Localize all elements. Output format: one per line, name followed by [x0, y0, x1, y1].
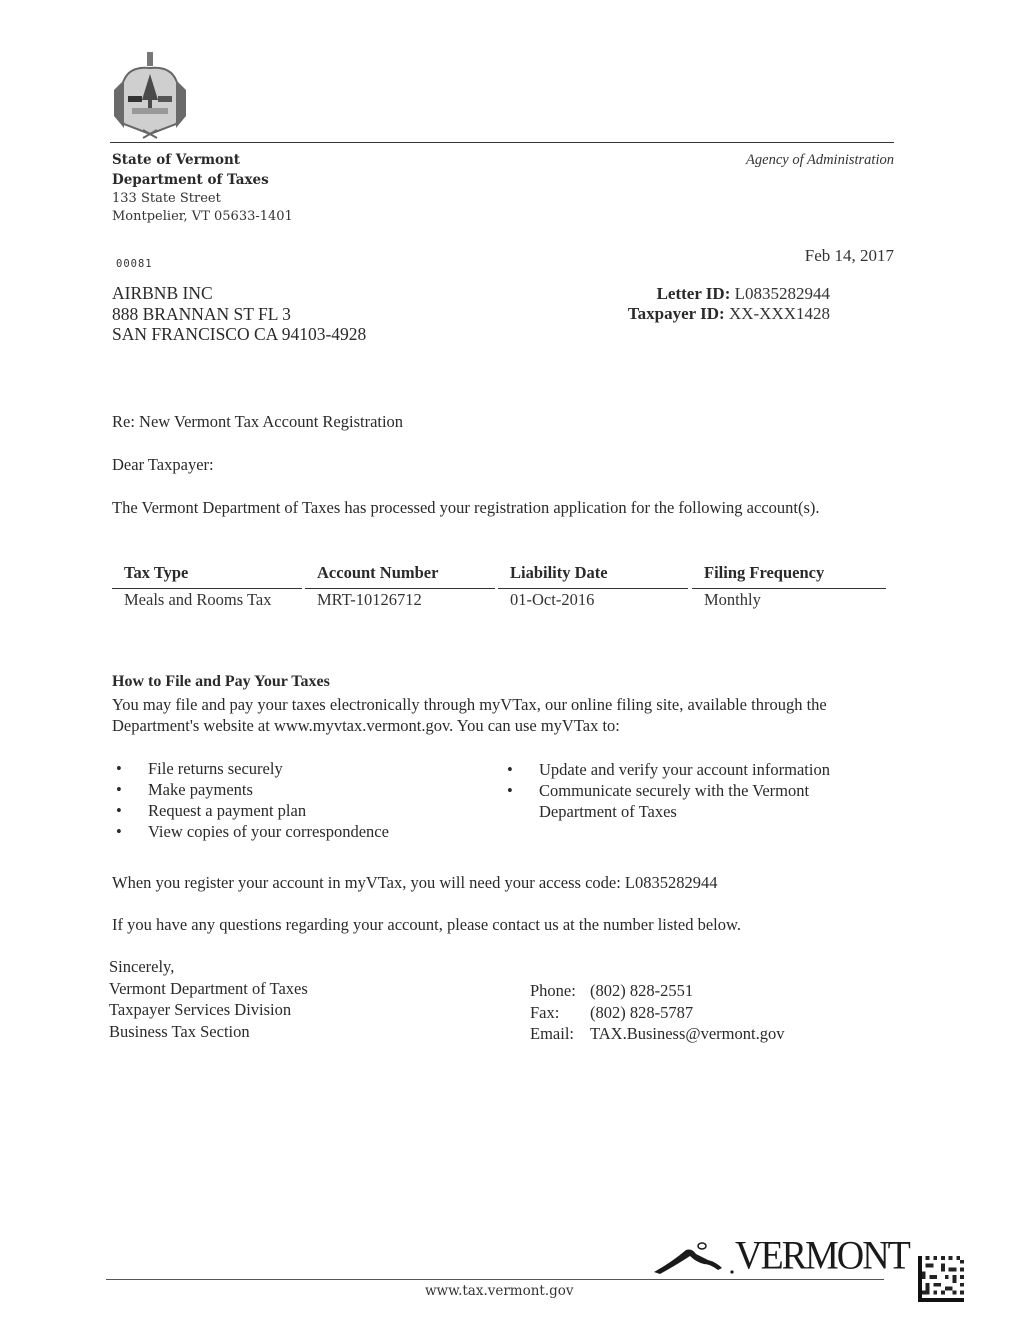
bullet-icon: • — [507, 759, 513, 780]
datamatrix-barcode-icon — [918, 1256, 964, 1302]
header-tax-type: Tax Type — [112, 562, 302, 589]
header-account-number: Account Number — [305, 562, 495, 589]
list-item: •Update and verify your account informat… — [503, 759, 883, 780]
list-item: •File returns securely — [112, 758, 472, 779]
sequence-number: 00081 — [116, 258, 153, 270]
fax-row: Fax:(802) 828-5787 — [530, 1002, 784, 1024]
list-item: •Make payments — [112, 779, 472, 800]
taxpayer-id-label: Taxpayer ID: — [628, 304, 725, 323]
signature-line-2: Taxpayer Services Division — [109, 999, 308, 1021]
sender-block: State of Vermont Department of Taxes 133… — [112, 150, 293, 226]
letterhead-rule — [110, 142, 894, 143]
fax-value: (802) 828-5787 — [590, 1003, 693, 1022]
identifier-block: Letter ID: L0835282944 Taxpayer ID: XX-X… — [608, 284, 830, 324]
recipient-address: AIRBNB INC 888 BRANNAN ST FL 3 SAN FRANC… — [112, 283, 366, 345]
taxpayer-id-row: Taxpayer ID: XX-XXX1428 — [608, 304, 830, 324]
phone-row: Phone:(802) 828-2551 — [530, 980, 784, 1002]
bullet-icon: • — [507, 780, 513, 801]
phone-label: Phone: — [530, 980, 590, 1002]
email-row: Email:TAX.Business@vermont.gov — [530, 1023, 784, 1045]
cell-liability-date: 01-Oct-2016 — [498, 589, 688, 611]
vermont-state-seal-icon — [110, 50, 190, 140]
recipient-name: AIRBNB INC — [112, 283, 366, 304]
list-item: •View copies of your correspondence — [112, 821, 472, 842]
sender-city: Montpelier, VT 05633-1401 — [112, 208, 293, 226]
features-list-left: •File returns securely •Make payments •R… — [112, 758, 472, 842]
bullet-icon: • — [116, 758, 122, 779]
subject-line: Re: New Vermont Tax Account Registration — [112, 411, 403, 432]
fax-label: Fax: — [530, 1002, 590, 1024]
letter-date: Feb 14, 2017 — [805, 246, 894, 266]
list-item: •Communicate securely with the Vermont D… — [503, 780, 859, 822]
questions-paragraph: If you have any questions regarding your… — [112, 914, 741, 935]
bullet-icon: • — [116, 800, 122, 821]
footer-rule — [106, 1279, 884, 1280]
how-to-paragraph: You may file and pay your taxes electron… — [112, 694, 902, 736]
phone-value: (802) 828-2551 — [590, 981, 693, 1000]
closing: Sincerely, — [109, 956, 308, 978]
signature-line-3: Business Tax Section — [109, 1021, 308, 1043]
org-name: State of Vermont — [112, 150, 293, 170]
letter-id-row: Letter ID: L0835282944 — [608, 284, 830, 304]
taxpayer-id-value: XX-XXX1428 — [729, 304, 830, 323]
cell-tax-type: Meals and Rooms Tax — [112, 589, 302, 611]
letter-id-label: Letter ID: — [657, 284, 731, 303]
header-liability-date: Liability Date — [498, 562, 688, 589]
recipient-street: 888 BRANNAN ST FL 3 — [112, 304, 366, 325]
intro-paragraph: The Vermont Department of Taxes has proc… — [112, 497, 842, 518]
vermont-wordmark: VERMONT — [735, 1233, 909, 1279]
salutation: Dear Taxpayer: — [112, 454, 214, 475]
footer-website-link[interactable]: www.tax.vermont.gov — [425, 1283, 574, 1299]
agency-name: Agency of Administration — [746, 152, 894, 169]
bullet-icon: • — [116, 779, 122, 800]
list-item: •Request a payment plan — [112, 800, 472, 821]
recipient-city: SAN FRANCISCO CA 94103-4928 — [112, 324, 366, 345]
features-list-right: •Update and verify your account informat… — [503, 759, 883, 822]
header-filing-frequency: Filing Frequency — [692, 562, 886, 589]
sender-street: 133 State Street — [112, 190, 293, 208]
cell-filing-frequency: Monthly — [692, 589, 886, 611]
contact-block: Phone:(802) 828-2551 Fax:(802) 828-5787 … — [530, 980, 784, 1045]
letter-id-value: L0835282944 — [735, 284, 830, 303]
how-to-heading: How to File and Pay Your Taxes — [112, 673, 330, 691]
email-label: Email: — [530, 1023, 590, 1045]
signature-line-1: Vermont Department of Taxes — [109, 978, 308, 1000]
cell-account-number: MRT-10126712 — [305, 589, 495, 611]
department-name: Department of Taxes — [112, 170, 293, 190]
bullet-icon: • — [116, 821, 122, 842]
signature-block: Sincerely, Vermont Department of Taxes T… — [109, 956, 308, 1042]
access-code-paragraph: When you register your account in myVTax… — [112, 872, 718, 893]
email-link[interactable]: TAX.Business@vermont.gov — [590, 1024, 784, 1043]
